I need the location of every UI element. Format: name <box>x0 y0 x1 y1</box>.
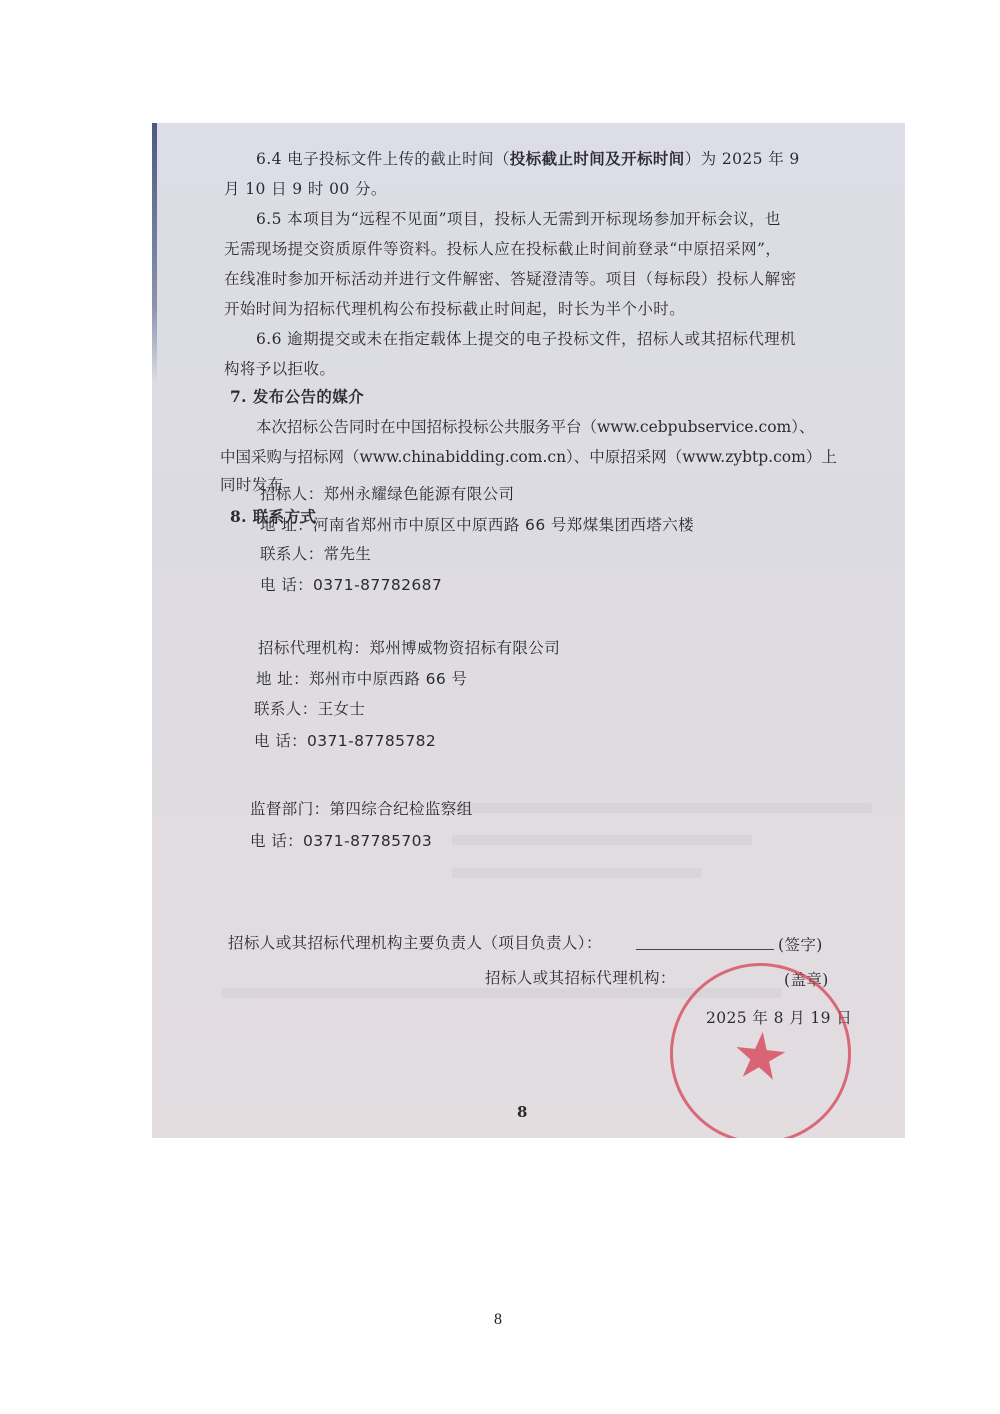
ghost-text <box>452 868 702 878</box>
section-7-line1: 本次招标公告同时在中国招标投标公共服务平台（www.cebpubservice.… <box>256 417 815 437</box>
section-6-5-line1: 6.5 本项目为“远程不见面”项目，投标人无需到开标现场参加开标会议，也 <box>256 209 781 229</box>
section-6-6-line1: 6.6 逾期提交或未在指定载体上提交的电子投标文件，招标人或其招标代理机 <box>256 329 796 349</box>
supervisor-name: 监督部门：第四综合纪检监察组 <box>250 799 473 819</box>
agency-phone: 电 话：0371-87785782 <box>254 731 436 751</box>
signature-line <box>636 949 774 950</box>
agency-contact: 联系人：王女士 <box>254 699 365 719</box>
supervisor-phone: 电 话：0371-87785703 <box>250 831 432 851</box>
agency-name: 招标代理机构：郑州博威物资招标有限公司 <box>258 638 560 658</box>
bold-text: 投标截止时间及开标时间 <box>510 149 685 168</box>
document-photo: 6.4 电子投标文件上传的截止时间（投标截止时间及开标时间）为 2025 年 9… <box>152 123 905 1138</box>
section-6-5-line3: 在线准时参加开标活动并进行文件解密、答疑澄清等。项目（每标段）投标人解密 <box>224 269 796 289</box>
star-icon: ★ <box>728 1022 792 1092</box>
company-seal: ★ <box>661 954 860 1138</box>
text: ）为 2025 年 9 <box>685 150 800 168</box>
tenderer-name: 招标人：郑州永耀绿色能源有限公司 <box>260 484 514 504</box>
section-6-4-line1: 6.4 电子投标文件上传的截止时间（投标截止时间及开标时间）为 2025 年 9 <box>256 149 800 169</box>
tenderer-contact: 联系人：常先生 <box>260 544 371 564</box>
ghost-text <box>452 835 752 845</box>
tenderer-phone: 电 话：0371-87782687 <box>260 575 442 595</box>
responsible-label: 招标人或其招标代理机构主要负责人（项目负责人）： <box>228 933 602 953</box>
section-7-heading: 7. 发布公告的媒介 <box>230 387 364 407</box>
inner-page-number: 8 <box>517 1103 527 1121</box>
section-6-4-line2: 月 10 日 9 时 00 分。 <box>224 179 387 199</box>
section-6-6-line2: 构将予以拒收。 <box>224 359 335 379</box>
section-7-line2: 中国采购与招标网（www.chinabidding.com.cn）、中原招采网（… <box>220 447 837 467</box>
text: 6.4 电子投标文件上传的截止时间（ <box>256 150 510 168</box>
outer-page-number: 8 <box>494 1311 502 1329</box>
sign-note: (签字) <box>778 935 823 955</box>
section-6-5-line4: 开始时间为招标代理机构公布投标截止时间起，时长为半个小时。 <box>224 299 685 319</box>
tenderer-address: 地 址：河南省郑州市中原区中原西路 66 号郑煤集团西塔六楼 <box>260 515 694 535</box>
ghost-text <box>452 803 872 813</box>
section-6-5-line2: 无需现场提交资质原件等资料。投标人应在投标截止时间前登录“中原招采网”， <box>224 239 781 259</box>
agency-address: 地 址：郑州市中原西路 66 号 <box>256 669 467 689</box>
org-label: 招标人或其招标代理机构： <box>485 968 676 988</box>
